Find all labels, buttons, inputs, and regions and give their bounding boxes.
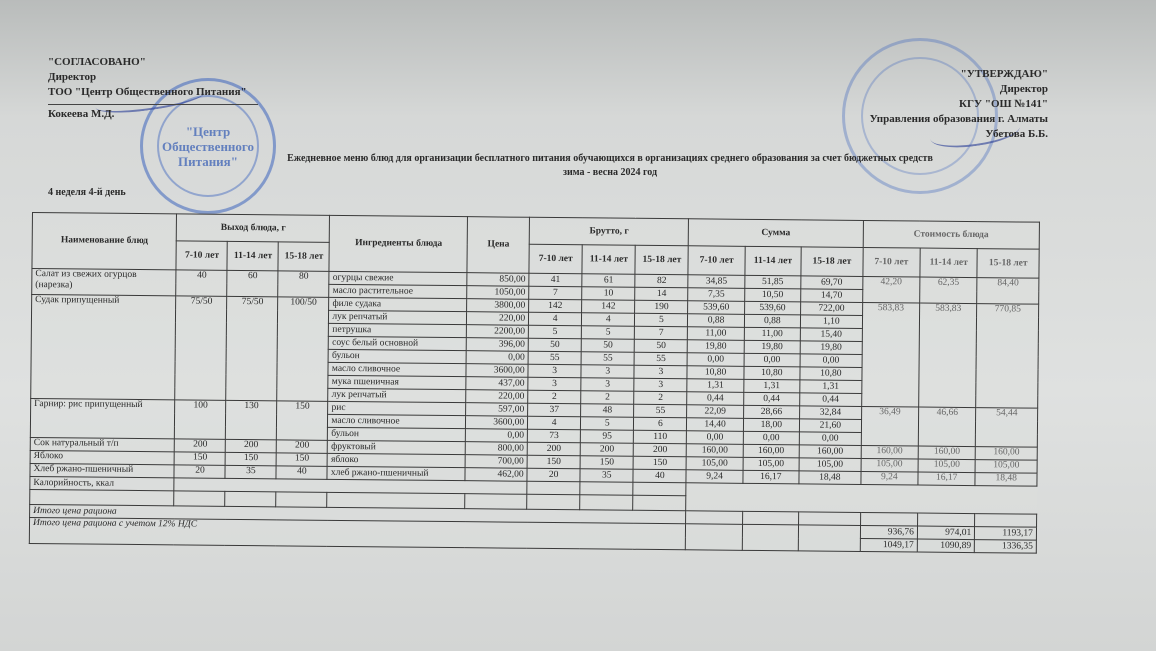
dish-yield: 35 — [225, 465, 276, 478]
ingredient-sum: 10,80 — [687, 366, 743, 380]
approval-block: "СОГЛАСОВАНО" Директор ТОО "Центр Общест… — [48, 55, 258, 122]
empty-cell — [633, 495, 686, 511]
header-yield: Выход блюда, г — [177, 214, 330, 242]
menu-table: Наименование блюдВыход блюда, гИнгредиен… — [29, 212, 1040, 554]
ingredient-gross: 110 — [634, 430, 687, 444]
empty-cell — [799, 512, 861, 526]
ingredient-sum: 18,48 — [799, 471, 861, 485]
ingredient-gross: 6 — [634, 417, 687, 431]
ingredient-gross: 5 — [635, 313, 688, 327]
empty-cell — [580, 495, 633, 511]
ingredient-price: 3600,00 — [466, 416, 528, 430]
ingredient-sum: 14,70 — [801, 289, 863, 303]
header-age-group: 15-18 лет — [801, 247, 863, 277]
dish-yield: 100 — [175, 400, 226, 439]
ingredient-gross: 5 — [528, 325, 581, 339]
empty-cell — [686, 524, 743, 551]
ingredient-gross: 50 — [634, 339, 687, 353]
ingredient-gross: 55 — [634, 352, 687, 366]
ingredient-price: 597,00 — [466, 403, 528, 417]
ingredient-sum: 16,17 — [743, 470, 799, 484]
ingredient-sum: 105,00 — [686, 457, 742, 471]
ingredient-gross: 4 — [528, 416, 581, 430]
empty-cell — [465, 494, 527, 510]
dish-yield: 150 — [277, 401, 328, 440]
ingredient-name: петрушка — [329, 323, 467, 337]
empty-cell — [276, 492, 327, 507]
header-age-group: 7-10 лет — [176, 241, 227, 270]
dish-cost: 105,00 — [975, 460, 1037, 474]
ingredient-sum: 21,60 — [799, 419, 861, 433]
dish-yield: 80 — [278, 271, 329, 297]
ingredient-price: 0,00 — [466, 429, 528, 443]
ingredient-sum: 19,80 — [688, 340, 744, 354]
ingredient-sum: 18,00 — [743, 418, 799, 432]
dish-cost: 18,48 — [975, 473, 1037, 487]
empty-cell — [225, 491, 276, 506]
ingredient-gross: 3 — [581, 365, 634, 379]
ingredient-gross: 55 — [528, 351, 581, 365]
ingredient-gross: 40 — [633, 469, 686, 483]
dish-cost: 84,40 — [977, 278, 1039, 305]
ingredient-gross: 200 — [527, 442, 580, 456]
header-age-group: 15-18 лет — [977, 249, 1039, 279]
ingredient-sum: 0,00 — [743, 431, 799, 445]
empty-cell — [174, 491, 225, 506]
ingredient-gross: 50 — [581, 339, 634, 353]
confirm-organization: КГУ "ОШ №141" — [870, 97, 1048, 112]
ingredient-sum: 0,00 — [744, 353, 800, 367]
ingredient-sum: 10,80 — [744, 366, 800, 380]
dish-yield: 40 — [276, 466, 327, 479]
document-season: зима - весна 2024 год — [170, 166, 1050, 180]
dish-name: Гарнир: рис припущенный — [30, 398, 175, 438]
ingredient-name: лук репчатый — [328, 388, 466, 402]
ingredient-sum: 0,00 — [687, 431, 743, 445]
dish-yield: 130 — [226, 400, 277, 439]
dish-cost: 583,83 — [919, 303, 977, 408]
ingredient-price: 0,00 — [467, 351, 529, 365]
empty-cell — [633, 482, 686, 496]
ingredient-price: 220,00 — [467, 312, 529, 326]
dish-cost: 160,00 — [918, 446, 975, 460]
ingredient-gross: 2 — [581, 391, 634, 405]
ingredient-gross: 3 — [581, 378, 634, 392]
dish-cost: 9,24 — [861, 471, 918, 485]
ingredient-sum: 69,70 — [801, 276, 863, 290]
ingredient-sum: 10,80 — [800, 367, 862, 381]
header-age-group: 7-10 лет — [688, 246, 745, 276]
ingredient-sum: 0,88 — [744, 314, 800, 328]
dish-name: Салат из свежих огурцов (нарезка) — [32, 269, 177, 296]
ingredient-sum: 1,31 — [687, 379, 743, 393]
approval-title: "СОГЛАСОВАНО" — [48, 55, 258, 70]
ingredient-sum: 0,44 — [687, 392, 743, 406]
ingredient-name: яблоко — [327, 453, 465, 467]
ingredient-gross: 190 — [635, 300, 688, 314]
header-gross: Брутто, г — [529, 217, 689, 246]
ingredient-gross: 150 — [633, 456, 686, 470]
header-age-group: 7-10 лет — [529, 244, 582, 274]
ingredient-sum: 1,31 — [800, 380, 862, 394]
ingredient-gross: 200 — [580, 443, 633, 457]
dish-cost: 42,20 — [862, 276, 920, 303]
dish-yield: 150 — [226, 452, 277, 465]
ingredient-name: масло сливочное — [328, 362, 466, 376]
ingredient-gross: 73 — [527, 429, 580, 443]
ingredient-sum: 539,60 — [688, 301, 744, 315]
dish-yield: 200 — [175, 439, 226, 452]
ingredient-gross: 7 — [635, 326, 688, 340]
ingredient-price: 437,00 — [466, 377, 528, 391]
total-value: 936,76 — [860, 525, 917, 539]
dish-cost: 583,83 — [861, 302, 919, 407]
empty-cell — [327, 492, 465, 508]
dish-yield: 40 — [176, 270, 227, 296]
dish-yield: 200 — [226, 439, 277, 452]
ingredient-sum: 32,84 — [800, 406, 862, 420]
ingredient-sum: 14,40 — [687, 418, 743, 432]
ingredient-sum: 1,10 — [800, 315, 862, 329]
ingredient-sum: 722,00 — [801, 302, 863, 316]
header-dish-name: Наименование блюд — [32, 213, 177, 270]
ingredient-sum: 10,50 — [744, 288, 800, 302]
empty-cell — [30, 489, 175, 505]
empty-cell — [860, 512, 917, 526]
ingredient-price: 220,00 — [466, 390, 528, 404]
header-age-group: 11-14 лет — [745, 246, 802, 276]
ingredient-gross: 95 — [581, 430, 634, 444]
ingredient-sum: 0,00 — [800, 354, 862, 368]
ingredient-sum: 22,09 — [687, 405, 743, 419]
ingredient-name: масло сливочное — [328, 414, 466, 428]
ingredient-name: соус белый основной — [329, 336, 467, 350]
ingredient-name: рис — [328, 401, 466, 415]
confirm-title: "УТВЕРЖДАЮ" — [870, 67, 1048, 82]
header-dish-cost: Стоимость блюда — [863, 220, 1040, 249]
ingredient-sum: 7,35 — [688, 288, 744, 302]
ingredient-gross: 3 — [528, 377, 581, 391]
ingredient-sum: 15,40 — [800, 328, 862, 342]
ingredient-name: филе судака — [329, 297, 467, 311]
ingredient-sum: 105,00 — [743, 457, 799, 471]
header-age-group: 15-18 лет — [635, 245, 688, 275]
dish-cost: 105,00 — [918, 459, 975, 473]
ingredient-gross: 3 — [528, 364, 581, 378]
ingredient-sum: 539,60 — [744, 301, 800, 315]
ingredient-gross: 55 — [581, 352, 634, 366]
total-vat-value: 1049,17 — [860, 538, 917, 552]
ingredient-sum: 0,00 — [687, 353, 743, 367]
approval-signature-line — [48, 100, 258, 105]
ingredient-gross: 48 — [581, 404, 634, 418]
ingredient-sum: 19,80 — [800, 341, 862, 355]
ingredient-gross: 14 — [635, 287, 688, 301]
header-age-group: 11-14 лет — [227, 241, 278, 270]
ingredient-sum: 160,00 — [687, 444, 743, 458]
document-title: Ежедневное меню блюд для организации бес… — [170, 152, 1050, 166]
ingredient-gross: 2 — [634, 391, 687, 405]
confirm-position: Директор — [870, 82, 1048, 97]
dish-yield: 150 — [276, 453, 327, 466]
empty-cell — [686, 511, 742, 525]
ingredient-sum: 11,00 — [688, 327, 744, 341]
ingredient-gross: 5 — [582, 326, 635, 340]
ingredient-gross: 142 — [529, 299, 582, 313]
ingredient-price: 700,00 — [466, 455, 528, 469]
ingredient-gross: 61 — [582, 274, 635, 288]
confirmation-block: "УТВЕРЖДАЮ" Директор КГУ "ОШ №141" Управ… — [870, 67, 1048, 142]
approval-position: Директор — [48, 70, 258, 85]
total-vat-label: Итого цена рациона с учетом 12% НДС — [29, 517, 686, 549]
ingredient-gross: 35 — [580, 469, 633, 483]
ingredient-price: 396,00 — [467, 338, 529, 352]
ingredient-sum: 0,88 — [688, 314, 744, 328]
ingredient-sum: 11,00 — [744, 327, 800, 341]
total-vat-value: 1336,35 — [975, 540, 1037, 554]
ingredient-price: 3800,00 — [467, 299, 529, 313]
ingredient-name: бульон — [328, 349, 466, 363]
ingredient-sum: 0,44 — [743, 392, 799, 406]
ingredient-sum: 160,00 — [743, 444, 799, 458]
empty-cell — [918, 513, 975, 527]
dish-yield: 75/50 — [175, 296, 227, 400]
empty-cell — [742, 524, 799, 551]
document-sheet: "Центр Общественного Питания" "СОГЛАСОВА… — [0, 0, 1156, 651]
empty-cell — [527, 481, 580, 495]
empty-cell — [975, 514, 1037, 528]
ingredient-name: мука пшеничная — [328, 375, 466, 389]
header-ingredients: Ингредиенты блюда — [329, 215, 468, 272]
ingredient-gross: 3 — [634, 365, 687, 379]
ingredient-name: масло растительное — [329, 284, 467, 298]
total-value: 1193,17 — [975, 527, 1037, 541]
total-value: 974,01 — [917, 526, 974, 540]
empty-cell — [580, 482, 633, 496]
ingredient-gross: 150 — [580, 456, 633, 470]
ingredient-sum: 28,66 — [743, 405, 799, 419]
ingredient-price: 462,00 — [465, 468, 527, 482]
ingredient-gross: 200 — [633, 443, 686, 457]
ingredient-name: лук репчатый — [329, 310, 467, 324]
dish-cost: 46,66 — [918, 407, 976, 447]
dish-cost: 105,00 — [861, 458, 918, 472]
total-vat-value: 1090,89 — [917, 539, 974, 553]
document-title-block: Ежедневное меню блюд для организации бес… — [170, 152, 1050, 180]
header-age-group: 15-18 лет — [278, 242, 329, 271]
header-price: Цена — [467, 217, 529, 274]
header-age-group: 11-14 лет — [582, 245, 635, 275]
ingredient-sum: 1,31 — [744, 379, 800, 393]
ingredient-gross: 4 — [529, 312, 582, 326]
empty-cell — [742, 511, 798, 525]
header-sum: Сумма — [689, 219, 863, 248]
ingredient-sum: 19,80 — [744, 340, 800, 354]
ingredient-name: хлеб ржано-пшеничный — [327, 466, 465, 480]
ingredient-gross: 55 — [634, 404, 687, 418]
ingredient-gross: 10 — [582, 287, 635, 301]
confirm-name: Убетова Б.Б. — [870, 127, 1048, 142]
ingredient-sum: 105,00 — [799, 458, 861, 472]
ingredient-gross: 37 — [528, 403, 581, 417]
ingredient-gross: 2 — [528, 390, 581, 404]
approval-name: Кокеева М.Д. — [48, 107, 258, 122]
dish-cost: 62,35 — [920, 277, 978, 304]
ingredient-sum: 9,24 — [686, 470, 742, 484]
ingredient-gross: 142 — [582, 300, 635, 314]
ingredient-name: бульон — [328, 427, 466, 441]
ingredient-gross: 4 — [582, 313, 635, 327]
ingredient-gross: 82 — [635, 274, 688, 288]
ingredient-sum: 34,85 — [688, 275, 744, 289]
empty-cell — [527, 494, 580, 510]
dish-cost: 160,00 — [976, 447, 1038, 461]
ingredient-gross: 50 — [528, 338, 581, 352]
ingredient-gross: 5 — [581, 417, 634, 431]
dish-name: Судак припущенный — [31, 295, 176, 400]
dish-cost: 36,49 — [861, 406, 919, 446]
dish-yield: 20 — [174, 465, 225, 478]
dish-yield: 150 — [175, 452, 226, 465]
header-age-group: 7-10 лет — [863, 247, 921, 277]
ingredient-name: фруктовый — [328, 440, 466, 454]
ingredient-sum: 51,85 — [745, 275, 801, 289]
dish-yield: 100/50 — [277, 297, 329, 401]
week-day-label: 4 неделя 4-й день — [48, 187, 126, 198]
confirm-department: Управления образования г. Алматы — [870, 112, 1048, 127]
header-age-group: 11-14 лет — [920, 248, 978, 278]
ingredient-sum: 0,00 — [799, 432, 861, 446]
dish-cost: 54,44 — [976, 408, 1038, 448]
approval-organization: ТОО "Центр Общественного Питания" — [48, 85, 258, 100]
dish-yield: 60 — [227, 270, 278, 296]
ingredient-sum: 160,00 — [799, 445, 861, 459]
dish-yield: 200 — [277, 440, 328, 453]
empty-cell — [798, 525, 860, 552]
ingredient-sum: 0,44 — [800, 393, 862, 407]
dish-cost: 770,85 — [976, 304, 1039, 409]
ingredient-price: 800,00 — [466, 442, 528, 456]
dish-yield: 75/50 — [226, 296, 278, 400]
ingredient-gross: 3 — [634, 378, 687, 392]
ingredient-gross: 41 — [529, 273, 582, 287]
ingredient-gross: 150 — [527, 455, 580, 469]
ingredient-price: 2200,00 — [467, 325, 529, 339]
ingredient-gross: 7 — [529, 286, 582, 300]
dish-cost: 16,17 — [918, 472, 975, 486]
ingredient-price: 1050,00 — [467, 286, 529, 300]
ingredient-gross: 20 — [527, 468, 580, 482]
ingredient-name: огурцы свежие — [329, 271, 467, 285]
dish-cost: 160,00 — [861, 445, 918, 459]
ingredient-price: 3600,00 — [466, 364, 528, 378]
ingredient-price: 850,00 — [467, 273, 529, 287]
